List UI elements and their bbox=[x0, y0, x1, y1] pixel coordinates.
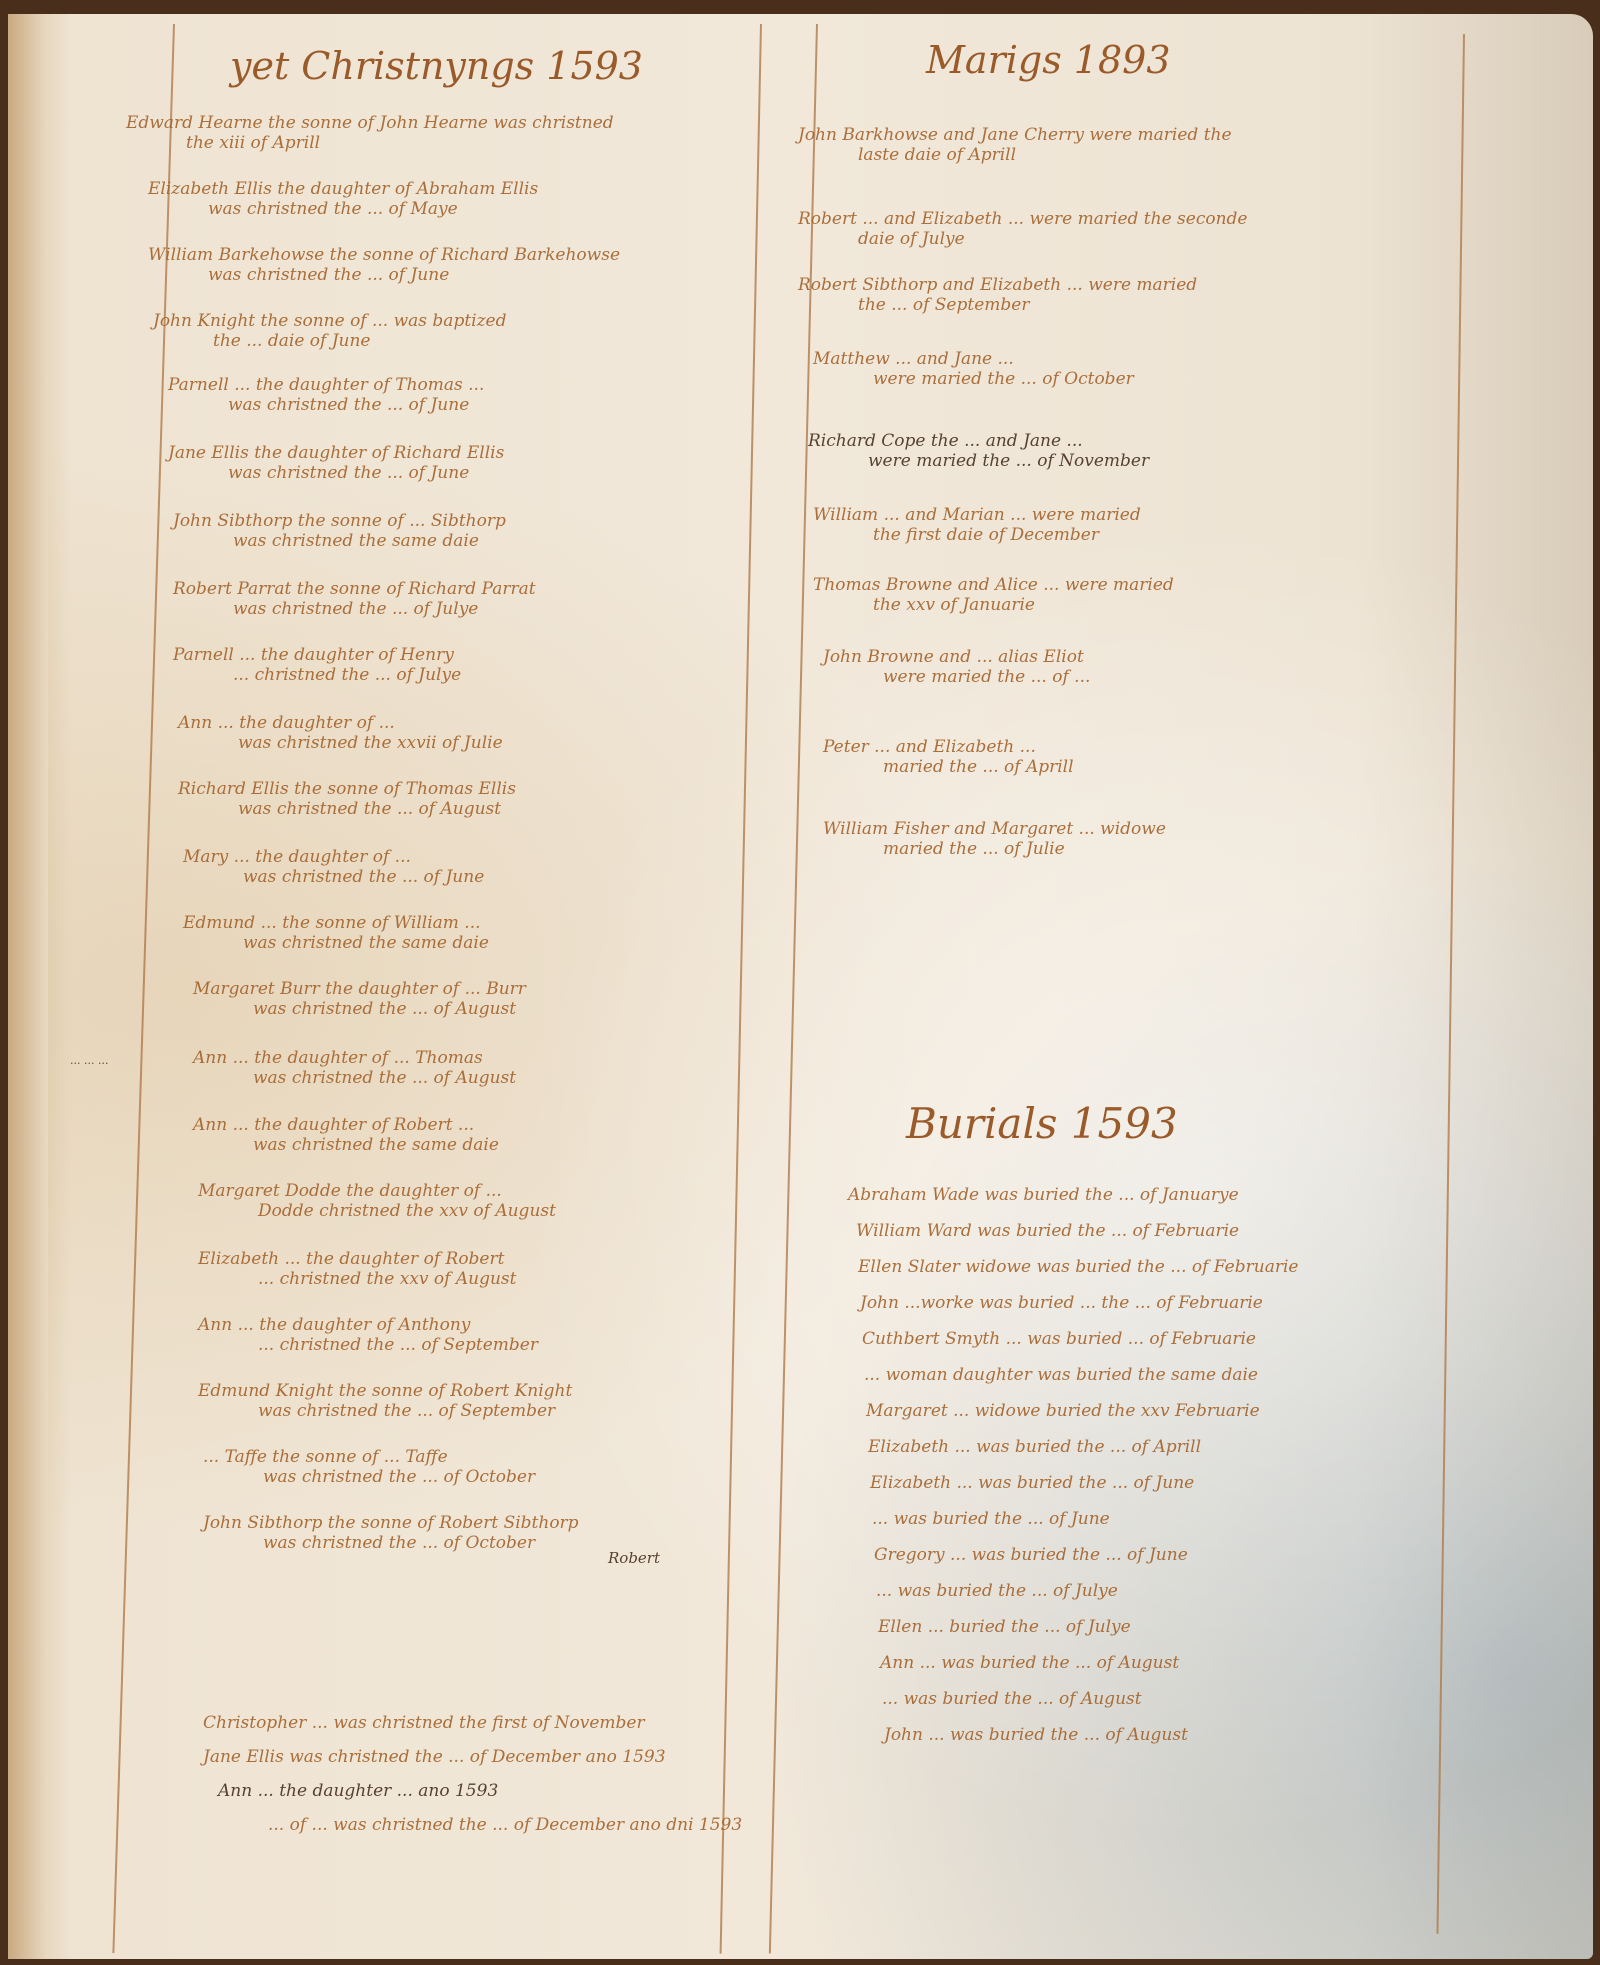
christening-entry: Jane Ellis the daughter of Richard Ellis… bbox=[168, 444, 504, 483]
christening-entry: Ann ... the daughter ... ano 1593 bbox=[218, 1782, 498, 1802]
burial-entry: John ...worke was buried ... the ... of … bbox=[860, 1294, 1263, 1314]
right-margin-rule bbox=[1436, 34, 1465, 1934]
christening-entry: John Knight the sonne of ... was baptize… bbox=[153, 312, 507, 351]
burial-entry: Elizabeth ... was buried the ... of June bbox=[870, 1474, 1194, 1494]
burials-heading: Burials 1593 bbox=[906, 1099, 1178, 1148]
burial-entry: William Ward was buried the ... of Febru… bbox=[856, 1222, 1239, 1242]
burial-entry: Ellen ... buried the ... of Julye bbox=[878, 1618, 1131, 1638]
burial-entry: Abraham Wade was buried the ... of Janua… bbox=[848, 1186, 1239, 1206]
christening-entry: Edmund Knight the sonne of Robert Knight… bbox=[198, 1382, 572, 1421]
christening-entry: Jane Ellis was christned the ... of Dece… bbox=[203, 1748, 666, 1768]
robert-insertion: Robert bbox=[608, 1550, 660, 1567]
christening-entry: Richard Ellis the sonne of Thomas Ellisw… bbox=[178, 780, 516, 819]
christening-entry: Elizabeth ... the daughter of Robert... … bbox=[198, 1250, 516, 1289]
christening-entry: Robert Parrat the sonne of Richard Parra… bbox=[173, 580, 536, 619]
christening-entry: Ann ... the daughter of ... Thomaswas ch… bbox=[193, 1049, 516, 1088]
burial-entry: ... was buried the ... of August bbox=[882, 1690, 1142, 1710]
christening-entry: Margaret Burr the daughter of ... Burrwa… bbox=[193, 980, 526, 1019]
marriage-entry: William Fisher and Margaret ... widowema… bbox=[823, 820, 1166, 859]
marriage-entry: John Browne and ... alias Eliotwere mari… bbox=[823, 648, 1090, 687]
marriage-entry: Robert ... and Elizabeth ... were maried… bbox=[798, 210, 1248, 249]
burial-entry: Ellen Slater widowe was buried the ... o… bbox=[858, 1258, 1298, 1278]
burial-entry: ... woman daughter was buried the same d… bbox=[864, 1366, 1258, 1386]
christening-entry: John Sibthorp the sonne of ... Sibthorpw… bbox=[173, 512, 506, 551]
burial-entry: Margaret ... widowe buried the xxv Febru… bbox=[866, 1402, 1260, 1422]
marriage-entry: Thomas Browne and Alice ... were mariedt… bbox=[813, 576, 1174, 615]
marriage-entry: Richard Cope the ... and Jane ...were ma… bbox=[808, 432, 1149, 471]
christening-entry: ... of ... was christned the ... of Dece… bbox=[268, 1816, 742, 1836]
center-rule-left bbox=[720, 24, 762, 1954]
christening-entry: John Sibthorp the sonne of Robert Sibtho… bbox=[203, 1514, 579, 1553]
marriage-entry: Matthew ... and Jane ...were maried the … bbox=[813, 350, 1134, 389]
christening-entry: Christopher ... was christned the first … bbox=[203, 1714, 645, 1734]
burial-entry: Cuthbert Smyth ... was buried ... of Feb… bbox=[862, 1330, 1256, 1350]
christening-entry: William Barkehowse the sonne of Richard … bbox=[148, 246, 620, 285]
marriages-heading: Marigs 1893 bbox=[926, 38, 1171, 82]
marriage-entry: Robert Sibthorp and Elizabeth ... were m… bbox=[798, 276, 1197, 315]
burial-entry: Ann ... was buried the ... of August bbox=[880, 1654, 1179, 1674]
christening-entry: ... Taffe the sonne of ... Taffewas chri… bbox=[203, 1448, 535, 1487]
marriage-entry: John Barkhowse and Jane Cherry were mari… bbox=[798, 126, 1232, 165]
burial-entry: ... was buried the ... of June bbox=[872, 1510, 1110, 1530]
christening-entry: Ann ... the daughter of Robert ...was ch… bbox=[193, 1116, 499, 1155]
burial-entry: Gregory ... was buried the ... of June bbox=[874, 1546, 1188, 1566]
christening-entry: Parnell ... the daughter of Henry... chr… bbox=[173, 646, 461, 685]
page-binding-edge bbox=[8, 14, 48, 1959]
christenings-heading: yet Christnyngs 1593 bbox=[230, 44, 643, 88]
christening-entry: Ann ... the daughter of Anthony... chris… bbox=[198, 1316, 538, 1355]
burial-entry: John ... was buried the ... of August bbox=[884, 1726, 1188, 1746]
burial-entry: ... was buried the ... of Julye bbox=[876, 1582, 1118, 1602]
marriage-entry: William ... and Marian ... were mariedth… bbox=[813, 506, 1141, 545]
christening-entry: Edward Hearne the sonne of John Hearne w… bbox=[126, 114, 614, 153]
christening-entry: Mary ... the daughter of ...was christne… bbox=[183, 848, 484, 887]
christening-entry: Margaret Dodde the daughter of ...Dodde … bbox=[198, 1182, 556, 1221]
marriage-entry: Peter ... and Elizabeth ...maried the ..… bbox=[823, 738, 1074, 777]
margin-note: ... ... ... bbox=[70, 1054, 108, 1067]
christening-entry: Parnell ... the daughter of Thomas ...wa… bbox=[168, 376, 484, 415]
burial-entry: Elizabeth ... was buried the ... of Apri… bbox=[868, 1438, 1201, 1458]
christening-entry: Elizabeth Ellis the daughter of Abraham … bbox=[148, 180, 538, 219]
christening-entry: Ann ... the daughter of ...was christned… bbox=[178, 714, 503, 753]
christening-entry: Edmund ... the sonne of William ...was c… bbox=[183, 914, 489, 953]
register-page: yet Christnyngs 1593 Marigs 1893 Burials… bbox=[8, 14, 1593, 1959]
